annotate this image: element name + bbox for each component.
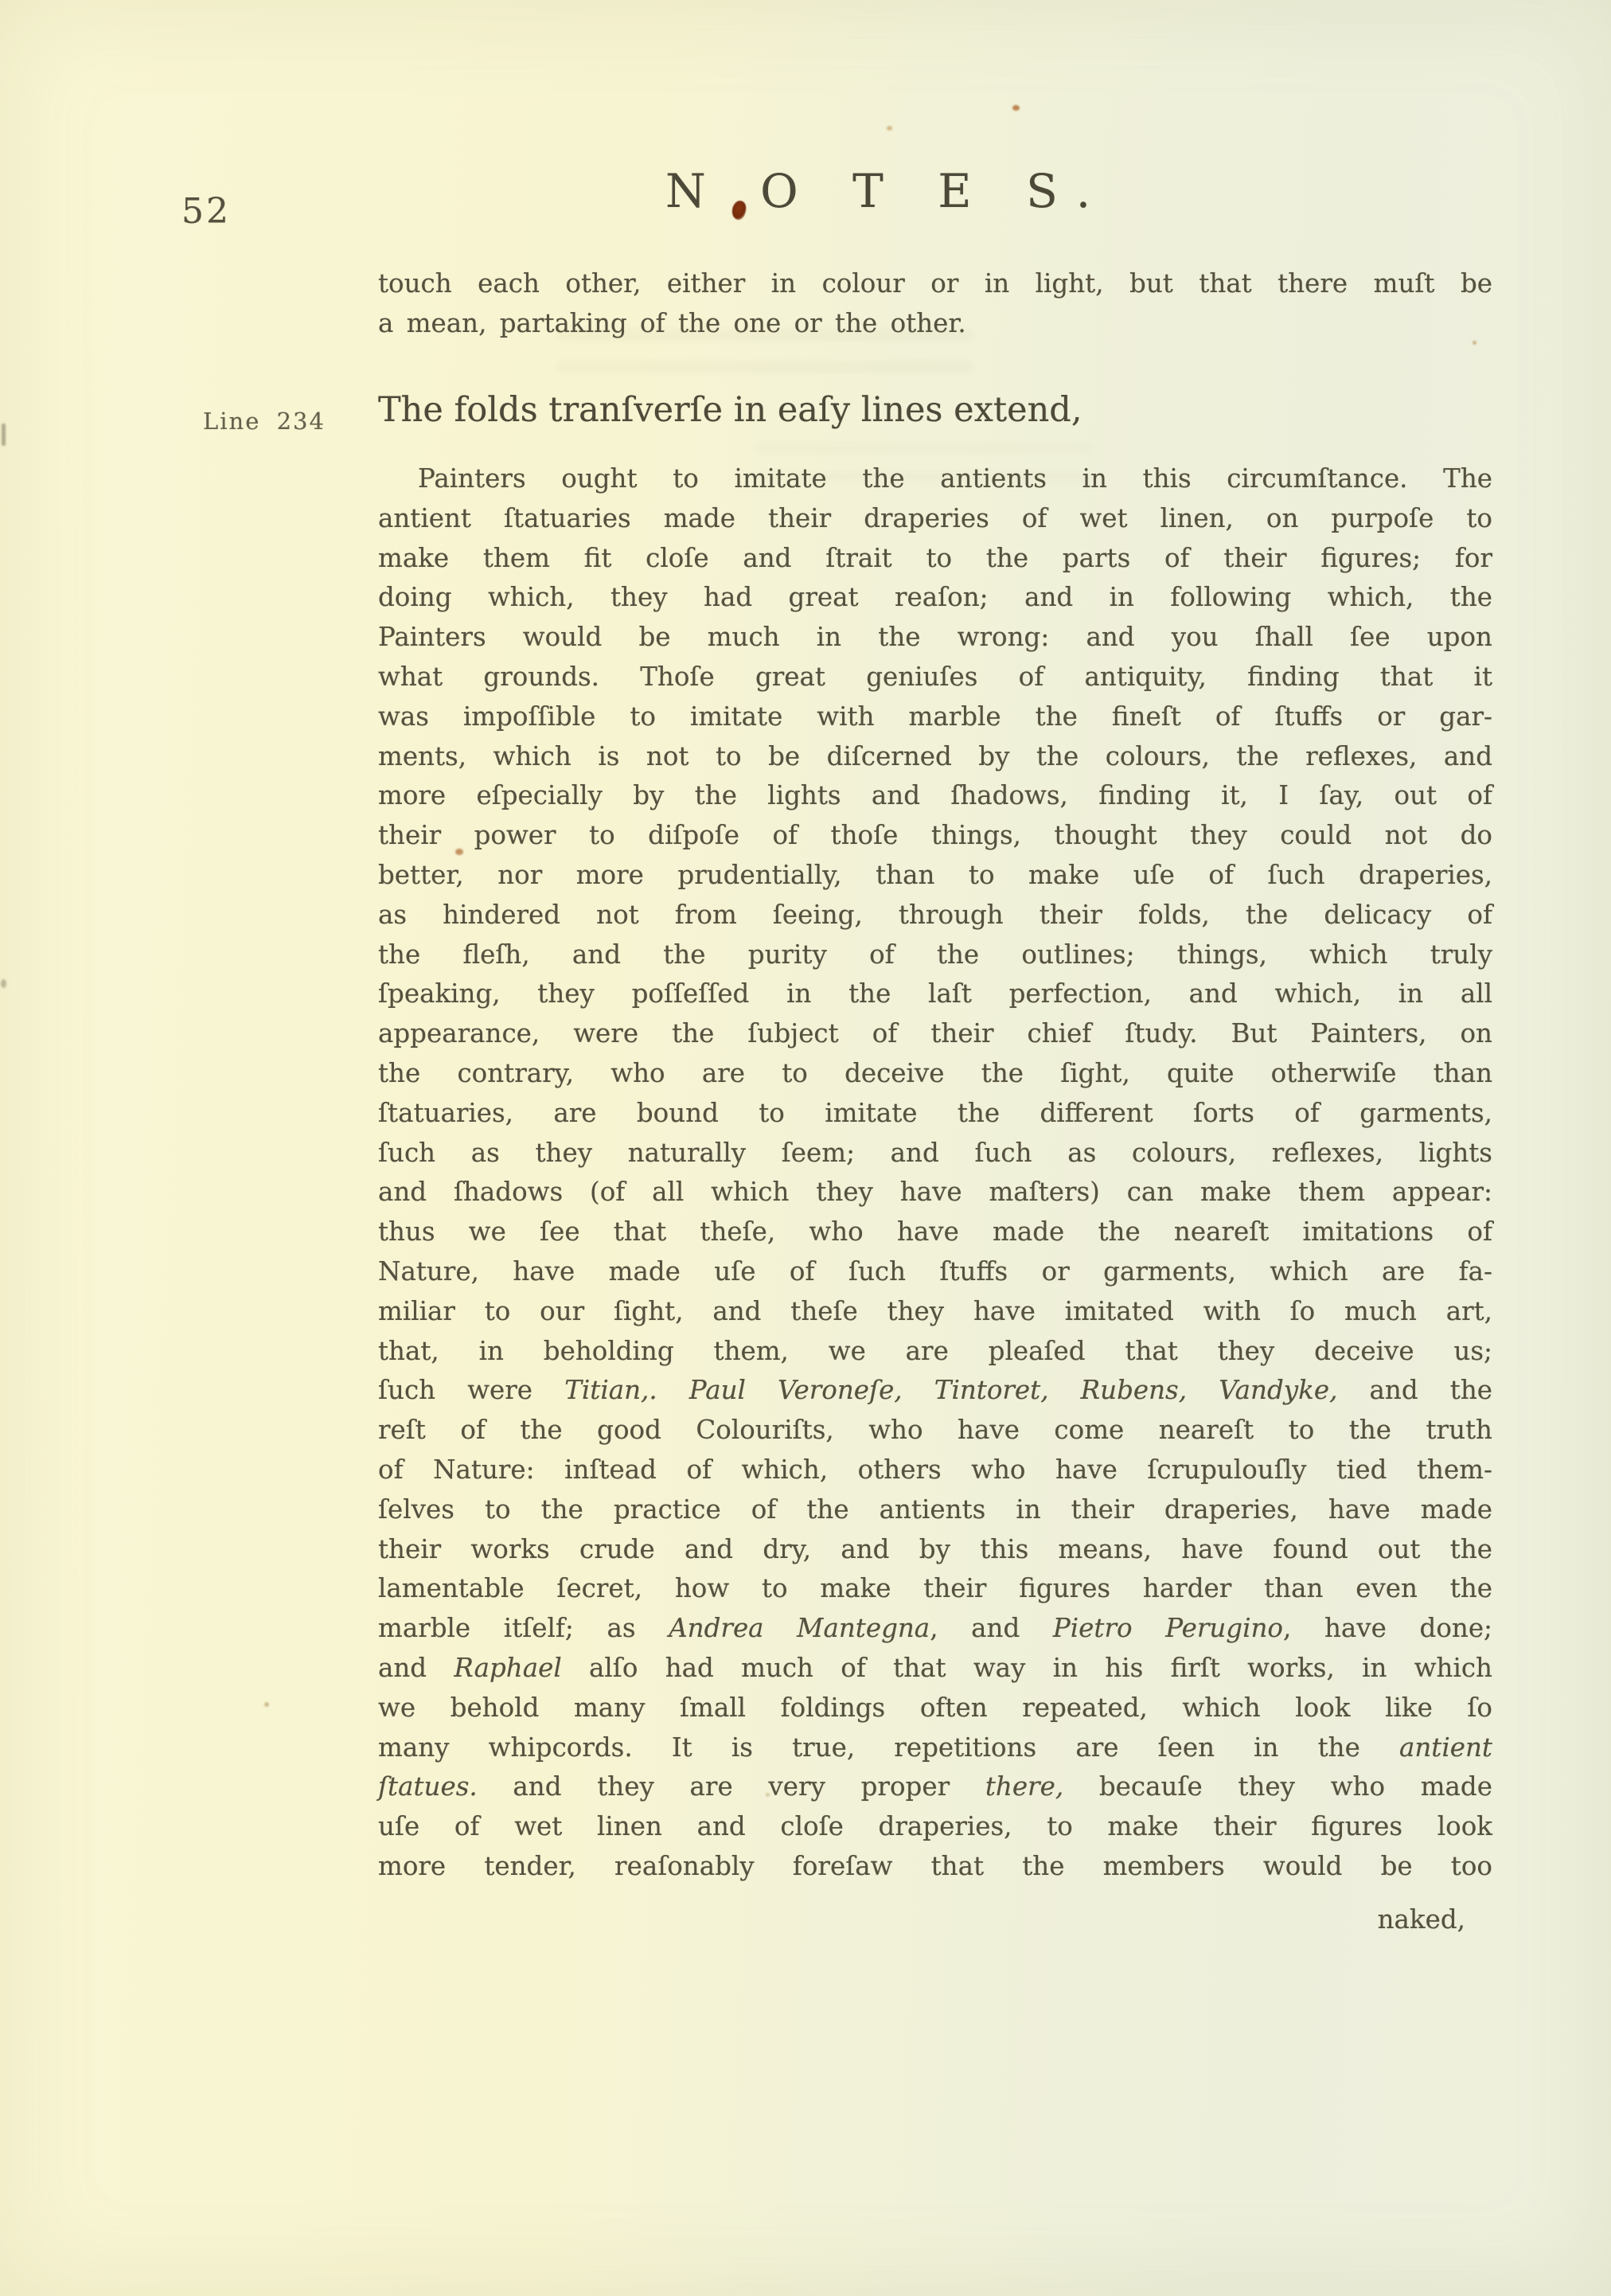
text-segment: their power to diſpoſe of thoſe things, … [378, 820, 1492, 850]
text-line: doing which, they had great reaſon; and … [378, 578, 1492, 618]
text-segment: that, in beholding them, we are pleaſed … [378, 1336, 1492, 1366]
text-line: Painters would be much in the wrong: and… [378, 618, 1492, 658]
text-segment: Painters would be much in the wrong: and… [378, 622, 1492, 652]
text-segment: the contrary, who are to deceive the ſig… [378, 1058, 1492, 1088]
foxing-speck [1012, 105, 1020, 111]
text-line: lamentable ſecret, how to make their fig… [378, 1569, 1492, 1609]
text-line: that, in beholding them, we are pleaſed … [378, 1332, 1492, 1372]
text-line: the contrary, who are to deceive the ſig… [378, 1054, 1492, 1094]
text-segment: more eſpecially by the lights and ſhadow… [378, 780, 1492, 810]
text-line: ſelves to the practice of the antients i… [378, 1490, 1492, 1530]
text-segment: make them fit cloſe and ſtrait to the pa… [378, 543, 1492, 573]
text-segment: , have done; [1283, 1613, 1492, 1643]
text-segment: better, nor more prudentially, than to m… [378, 860, 1492, 890]
italic-text-segment: Pietro Perugino [1053, 1613, 1283, 1643]
foxing-speck [455, 849, 463, 855]
text-line: what grounds. Thoſe great geniuſes of an… [378, 658, 1492, 697]
text-segment: as hindered not from ſeeing, through the… [378, 900, 1492, 930]
text-segment: their works crude and dry, and by this m… [378, 1534, 1492, 1564]
text-segment: alſo had much of that way in his firſt w… [562, 1653, 1492, 1683]
text-line: appearance, were the ſubject of their ch… [378, 1014, 1492, 1054]
text-line: more tender, reaſonably foreſaw that the… [378, 1847, 1492, 1887]
foxing-speck [264, 1702, 269, 1707]
text-segment: more tender, reaſonably foreſaw that the… [378, 1851, 1492, 1881]
text-line: and Raphael alſo had much of that way in… [378, 1649, 1492, 1689]
text-line: Nature, have made uſe of ſuch ſtuffs or … [378, 1252, 1492, 1292]
italic-text-segment: ſtatues. [378, 1771, 478, 1802]
text-line: many whipcords. It is true, repetitions … [378, 1728, 1492, 1768]
text-line: better, nor more prudentially, than to m… [378, 856, 1492, 896]
text-line: as hindered not from ſeeing, through the… [378, 896, 1492, 935]
catchword-text: naked, [1378, 1904, 1465, 1935]
text-line: their power to diſpoſe of thoſe things, … [378, 816, 1492, 856]
text-segment: Nature, have made uſe of ſuch ſtuffs or … [378, 1256, 1492, 1287]
text-segment: thus we ſee that theſe, who have made th… [378, 1216, 1492, 1247]
text-line: ſtatuaries, are bound to imitate the dif… [378, 1094, 1492, 1134]
text-line: ſuch were Titian,. Paul Veroneſe, Tintor… [378, 1371, 1492, 1411]
margin-note: Line 234 [203, 408, 326, 435]
text-segment: ſelves to the practice of the antients i… [378, 1494, 1492, 1525]
text-line: marble itſelf; as Andrea Mantegna, and P… [378, 1609, 1492, 1649]
foxing-speck [766, 1793, 770, 1797]
foxing-speck [1473, 341, 1476, 345]
italic-text-segment: antient [1399, 1732, 1492, 1763]
text-line: a mean, partaking of the one or the othe… [378, 304, 1492, 344]
text-line: uſe of wet linen and cloſe draperies, to… [378, 1807, 1492, 1847]
text-segment: ſtatuaries, are bound to imitate the dif… [378, 1098, 1492, 1128]
text-segment: , and [930, 1613, 1053, 1643]
text-segment: we behold many ſmall foldings often repe… [378, 1693, 1492, 1723]
note-paragraph: Painters ought to imitate the antients i… [378, 459, 1492, 1887]
text-segment: and [378, 1653, 454, 1683]
text-segment: and they are very proper [478, 1771, 985, 1802]
text-segment: miliar to our ſight, and theſe they have… [378, 1296, 1492, 1326]
text-segment: of Nature: inſtead of which, others who … [378, 1455, 1492, 1485]
text-line: more eſpecially by the lights and ſhadow… [378, 776, 1492, 816]
italic-text-segment: Titian,. Paul Veroneſe, Tintoret, Rubens… [564, 1375, 1337, 1405]
text-segment: appearance, were the ſubject of their ch… [378, 1018, 1492, 1048]
text-line: their works crude and dry, and by this m… [378, 1530, 1492, 1570]
text-segment: doing which, they had great reaſon; and … [378, 582, 1492, 612]
book-page-scan: 52 N O T E S. touch each other, either i… [0, 0, 1611, 2296]
text-segment: antient ſtatuaries made their draperies … [378, 503, 1492, 533]
text-line: ſtatues. and they are very proper there,… [378, 1767, 1492, 1807]
text-segment: ſpeaking, they poſſeſſed in the laſt per… [378, 978, 1492, 1009]
text-line: reſt of the good Colouriſts, who have co… [378, 1411, 1492, 1451]
italic-text-segment: Raphael [454, 1653, 561, 1683]
text-line: touch each other, either in colour or in… [378, 264, 1492, 304]
verse-line: The folds tranſverſe in eaſy lines exten… [378, 390, 1082, 430]
text-segment: lamentable ſecret, how to make their fig… [378, 1573, 1492, 1603]
text-segment: what grounds. Thoſe great geniuſes of an… [378, 662, 1492, 692]
foxing-speck [887, 126, 892, 131]
catchword: naked, [378, 1904, 1492, 1935]
text-segment: marble itſelf; as [378, 1613, 669, 1643]
text-line: and ſhadows (of all which they have maſt… [378, 1173, 1492, 1212]
text-line: thus we ſee that theſe, who have made th… [378, 1212, 1492, 1252]
opening-paragraph: touch each other, either in colour or in… [378, 264, 1492, 344]
text-segment: and the [1337, 1375, 1492, 1405]
text-segment: many whipcords. It is true, repetitions … [378, 1732, 1399, 1763]
italic-text-segment: there, [985, 1771, 1063, 1802]
edge-mark [2, 424, 6, 446]
text-line: we behold many ſmall foldings often repe… [378, 1689, 1492, 1728]
text-segment: the fleſh, and the purity of the outline… [378, 939, 1492, 970]
text-segment: ments, which is not to be diſcerned by t… [378, 741, 1492, 771]
text-segment: uſe of wet linen and cloſe draperies, to… [378, 1811, 1492, 1841]
page-number: 52 [181, 191, 231, 232]
text-line: was impoſſible to imitate with marble th… [378, 697, 1492, 737]
text-line: make them fit cloſe and ſtrait to the pa… [378, 539, 1492, 579]
text-segment: ſuch were [378, 1375, 564, 1405]
text-line: ments, which is not to be diſcerned by t… [378, 737, 1492, 777]
text-segment: reſt of the good Colouriſts, who have co… [378, 1415, 1492, 1445]
text-line: antient ſtatuaries made their draperies … [378, 499, 1492, 539]
text-line: miliar to our ſight, and theſe they have… [378, 1292, 1492, 1332]
text-segment: becauſe they who made [1063, 1771, 1492, 1802]
text-segment: Painters ought to imitate the antients i… [418, 463, 1492, 494]
text-segment: and ſhadows (of all which they have maſt… [378, 1177, 1492, 1207]
text-segment: was impoſſible to imitate with marble th… [378, 701, 1492, 732]
italic-text-segment: Andrea Mantegna [669, 1613, 930, 1643]
text-line: Painters ought to imitate the antients i… [378, 459, 1492, 499]
text-line: of Nature: inſtead of which, others who … [378, 1451, 1492, 1490]
text-line: the fleſh, and the purity of the outline… [378, 935, 1492, 975]
edge-mark [1, 979, 6, 988]
text-segment: ſuch as they naturally ſeem; and ſuch as… [378, 1138, 1492, 1168]
text-line: ſuch as they naturally ſeem; and ſuch as… [378, 1134, 1492, 1173]
text-line: ſpeaking, they poſſeſſed in the laſt per… [378, 974, 1492, 1014]
